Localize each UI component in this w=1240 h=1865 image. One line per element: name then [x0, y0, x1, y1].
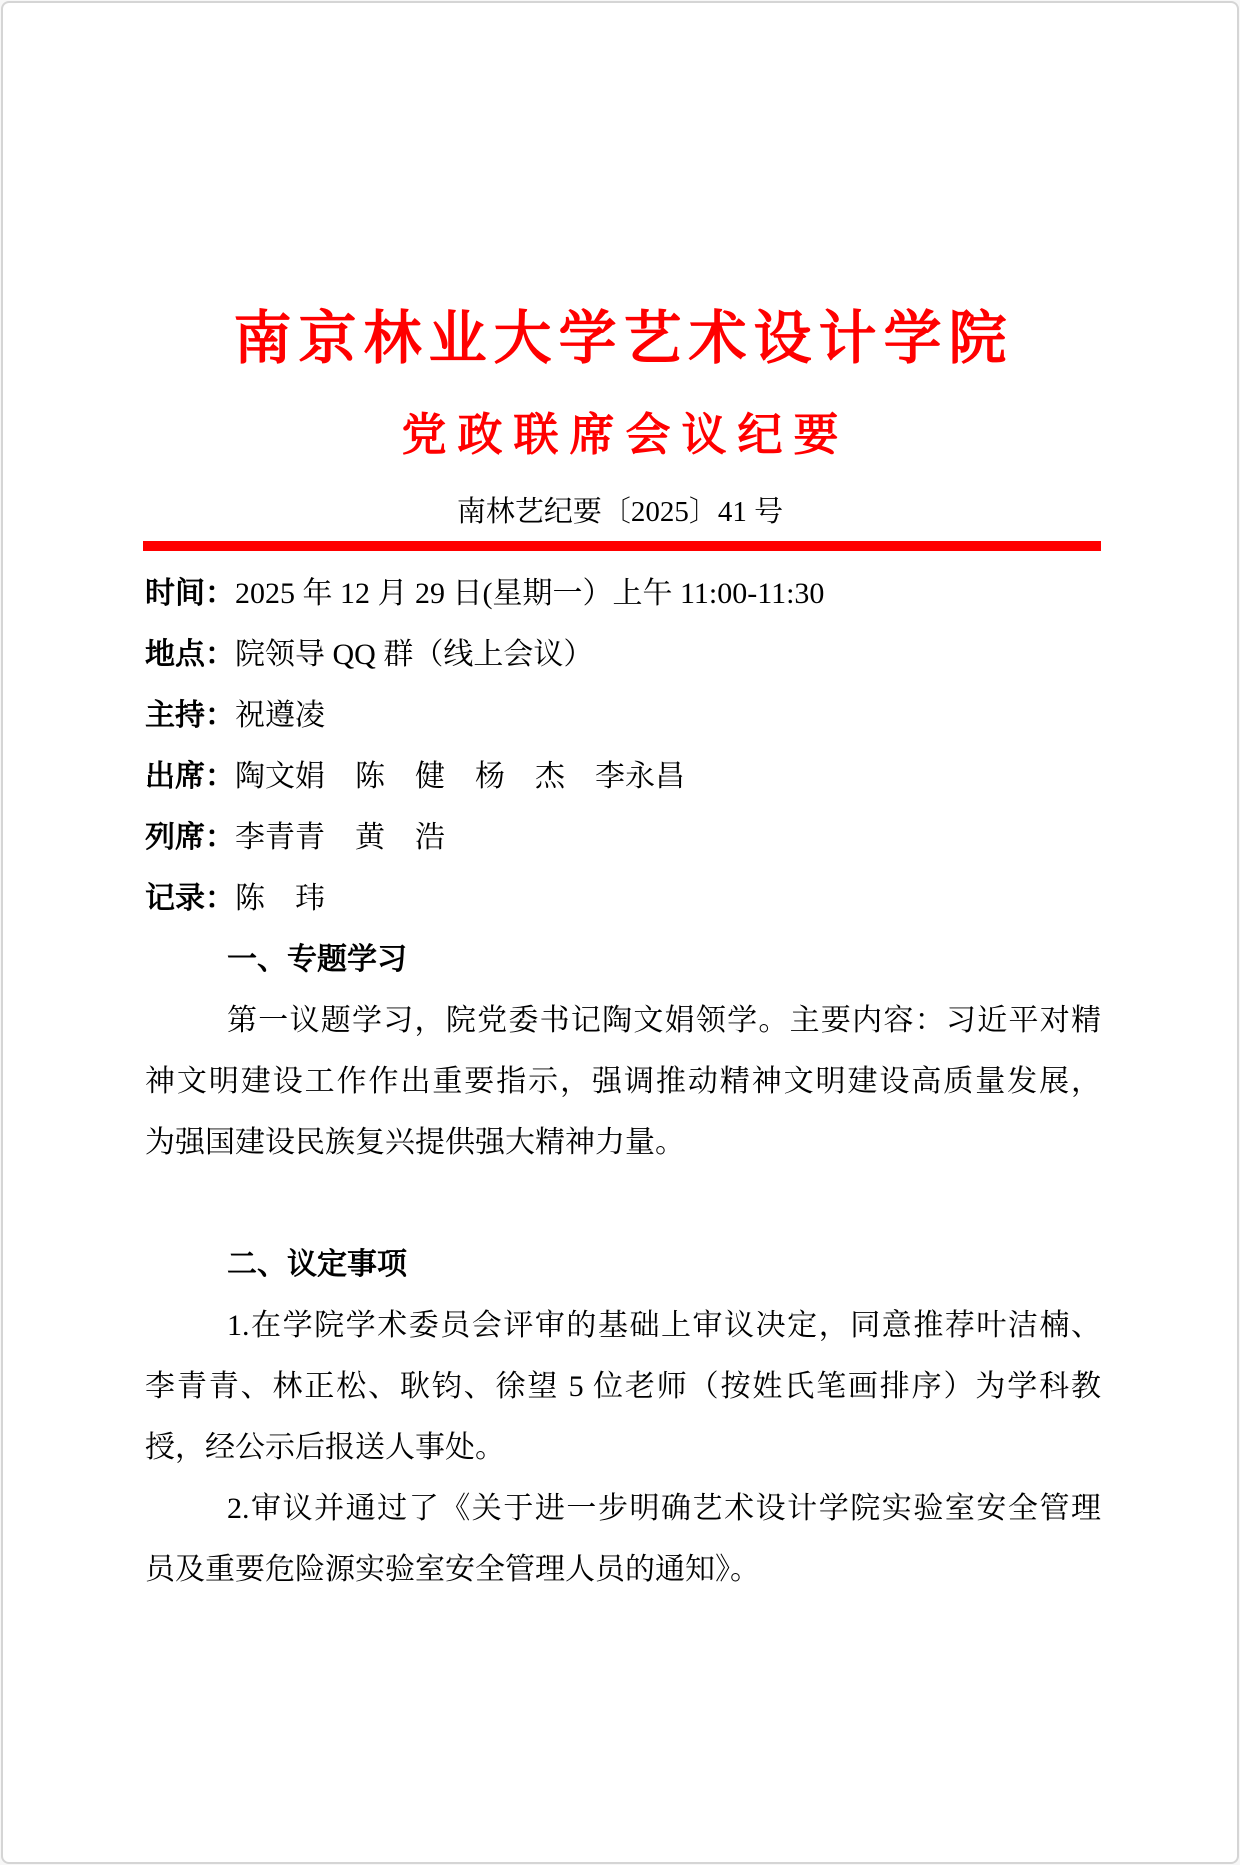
meta-label-time: 时间：	[145, 577, 235, 610]
red-separator-rule	[143, 541, 1101, 551]
meta-line-recorder: 记录：陈 玮	[145, 868, 1101, 929]
document-page: 南京林业大学艺术设计学院 党政联席会议纪要 南林艺纪要〔2025〕41 号 时间…	[1, 1, 1239, 1864]
section-2-item-1-line: 授，经公示后报送人事处。	[145, 1417, 1101, 1478]
meta-line-location: 地点：院领导 QQ 群（线上会议）	[145, 624, 1101, 685]
section-2-item-1-line: 李青青、林正松、耿钧、徐望 5 位老师（按姓氏笔画排序）为学科教	[145, 1356, 1101, 1417]
meta-line-host: 主持：祝遵凌	[145, 685, 1101, 746]
meta-value-recorder: 陈 玮	[235, 882, 325, 915]
meta-value-observers: 李青青 黄 浩	[235, 821, 445, 854]
document-title-line1: 南京林业大学艺术设计学院	[3, 291, 1237, 375]
meta-value-location: 院领导 QQ 群（线上会议）	[235, 638, 593, 671]
section-1-heading: 一、专题学习	[145, 929, 1101, 990]
meta-label-host: 主持：	[145, 699, 235, 732]
section-1-paragraph-line: 为强国建设民族复兴提供强大精神力量。	[145, 1112, 1101, 1173]
meta-label-attendees: 出席：	[145, 760, 235, 793]
meta-value-host: 祝遵凌	[235, 699, 325, 732]
document-title-line2: 党政联席会议纪要	[3, 398, 1237, 463]
document-body: 时间：2025 年 12 月 29 日(星期一）上午 11:00-11:30 地…	[145, 563, 1101, 1600]
meta-value-attendees: 陶文娟 陈 健 杨 杰 李永昌	[235, 760, 685, 793]
section-2-item-2-line: 2.审议并通过了《关于进一步明确艺术设计学院实验室安全管理	[145, 1478, 1101, 1539]
meta-label-location: 地点：	[145, 638, 235, 671]
document-number: 南林艺纪要〔2025〕41 号	[3, 489, 1237, 530]
meta-value-time: 2025 年 12 月 29 日(星期一）上午 11:00-11:30	[235, 577, 824, 610]
section-2-item-1-line: 1.在学院学术委员会评审的基础上审议决定，同意推荐叶洁楠、	[145, 1295, 1101, 1356]
section-2-item-2-line: 员及重要危险源实验室安全管理人员的通知》。	[145, 1539, 1101, 1600]
section-2-heading: 二、议定事项	[145, 1234, 1101, 1295]
meta-label-observers: 列席：	[145, 821, 235, 854]
meta-label-recorder: 记录：	[145, 882, 235, 915]
meta-line-observers: 列席：李青青 黄 浩	[145, 807, 1101, 868]
meta-line-time: 时间：2025 年 12 月 29 日(星期一）上午 11:00-11:30	[145, 563, 1101, 624]
section-1-paragraph-line: 神文明建设工作作出重要指示，强调推动精神文明建设高质量发展，	[145, 1051, 1101, 1112]
section-1-paragraph-line: 第一议题学习，院党委书记陶文娟领学。主要内容：习近平对精	[145, 990, 1101, 1051]
meta-line-attendees: 出席：陶文娟 陈 健 杨 杰 李永昌	[145, 746, 1101, 807]
